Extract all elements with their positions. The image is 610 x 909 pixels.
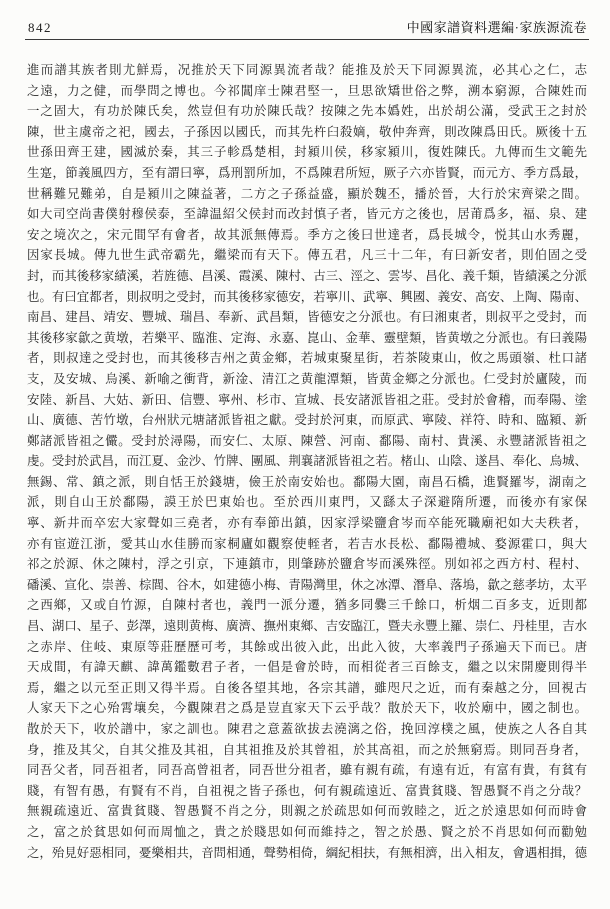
text-line: 派，則自山王於鄱陽，謨王於巴東始也。至於西川東門，又繇太子深避隋所遷，而後亦有家… <box>27 492 587 513</box>
text-line: 之，富之於貧思如何而周恤之，貴之於賤思如何而維持之，智之於愚、賢之於不肖思如何而… <box>27 822 587 843</box>
text-line: 安之境次之，宋元間罕有會者，故其派無傳焉。季方之後曰世達者，爲長城令，悦其山水秀… <box>27 225 587 246</box>
text-line: 生寔，節義風四方，至有謂曰寧，爲刑罰所加，不爲陳君所短，厥子六亦皆賢，而元方、季… <box>27 163 587 184</box>
text-line: 無親疏遠近、富貴貧賤、智愚賢不肖之分，則親之於疏思如何而敦睦之，近之於遠思如何而… <box>27 801 587 822</box>
text-line: 鄭諸派皆祖之儼。受封於潯陽，而安仁、太原、陳營、河南、鄱陽、南村、貴溪、永豐諸派… <box>27 431 587 452</box>
text-line: 封，而其後移家績溪，若旌德、昌溪、霞溪、陳村、古三、涇之、雲岑、昌化、義千類，皆… <box>27 266 587 287</box>
text-line: 山、廣德、苦竹墩，台州狀元塘諸派皆祖之獻。受封於河東，而原武、寧陵、祥符、時和、… <box>27 410 587 431</box>
body-text: 進而譜其族者則尤鮮焉，况推於天下同源異流者哉？能推及於天下同源異流，必其心之仁，… <box>27 60 587 863</box>
book-page: 842 中國家譜資料選編·家族源流卷 進而譜其族者則尤鮮焉，况推於天下同源異流者… <box>0 0 610 909</box>
text-line: 人家天下之心殆霄壤矣，今觀陳君之爲是豈直家天下云乎哉？散於天下，收於廟中，國之制… <box>27 698 587 719</box>
page-number: 842 <box>28 20 52 36</box>
text-line: 賤，有智有愚，有賢有不肖，自祖視之皆子孫也，何有親疏遠近、富貴貧賤、智愚賢不肖之… <box>27 781 587 802</box>
text-line: 身，推及其父，自其父推及其祖，自其祖推及於其曾祖，於其高祖，而之於無窮焉。則同吾… <box>27 740 587 761</box>
text-line: 世稱難兄難弟，自是潁川之陳益著，二方之子孫益盛，顯於魏丕，播於晉，大行於宋齊梁之… <box>27 184 587 205</box>
text-line: 天成間，有諱天麒、諱萬鑑數君子者，一倡是會於時，而相從者三百餘支，繼之以宋開慶則… <box>27 657 587 678</box>
header-rule <box>25 39 589 40</box>
text-line: 南昌、建昌、靖安、豐城、瑞昌、奉新、武昌類，皆德安之分派也。有曰湘東者，則叔平之… <box>27 307 587 328</box>
text-line: 一之固大，有功於陳氏矣，然豈但有功於陳氏哉？按陳之先本嬀姓，出於胡公滿，受武王之… <box>27 101 587 122</box>
text-line: 陳，世主虞帝之祀，國去，子孫因以國氏，而其先杵臼殺嫡，敬仲奔齊，則改陳爲田氏。厥… <box>27 122 587 143</box>
book-title: 中國家譜資料選編·家族源流卷 <box>407 17 587 36</box>
text-line: 焉，繼之以元至正則又得半焉。自後各望其地，各宗其譜，雖咫尺之近，而有秦越之分，回… <box>27 678 587 699</box>
text-line: 者，則叔達之受封也，而其後移吉州之黄金鄉，若城東聚星街，若茶陵東山，攸之馬頭嶺、… <box>27 348 587 369</box>
text-line: 散於天下，收於譜中，家之訓也。陳君之意蓋欲拔去澆漓之俗，挽回淳樸之風，使族之人各… <box>27 719 587 740</box>
text-line: 其後移家歙之黄墩，若樂平、臨淮、定海、永嘉、崑山、金華、靈壁類，皆黄墩之分派也。… <box>27 328 587 349</box>
text-line: 磻溪、宣化、崇善、棕閭、谷木，如建德小梅、青陽灣里，休之冰潭、潛阜、落塢，歙之慈… <box>27 575 587 596</box>
text-line: 同吾父者，同吾祖者，同吾高曾祖者，同吾世分祖者，雖有親有疏，有遠有近，有富有貴，… <box>27 760 587 781</box>
text-line: 之西鄉，又或自竹源，自陳村者也，義門一派分遷，猶多同爨三千餘口，析烟二百多支，近… <box>27 595 587 616</box>
text-line: 世孫田齊王建，國滅於秦，其三子軫爲楚相，封潁川侯，移家潁川，復姓陳氏。九傳而生文… <box>27 142 587 163</box>
text-line: 之遠，力之健，而學問之博也。今祁閶庠士陳君堅一，旦思欲矯世俗之弊，溯本窮源，合陳… <box>27 81 587 102</box>
text-line: 安陸、新昌、大姑、新田、信豐、寧州、杉市、宣城、長安諸派皆祖之莊。受封於會稽，而… <box>27 390 587 411</box>
text-line: 無錫、常、鎮之派，則自恬王於錢塘，儉王於南安始也。鄱陽大園，南昌石橋，進賢羅岑，… <box>27 472 587 493</box>
text-line: 祁之於源、休之陳村，浮之引京，下連鎮市，則肇跡於鹽倉岑而溪殊徑。別如祁之西方村、… <box>27 554 587 575</box>
text-line: 昌、湖口、星子、彭澤，遠則黄梅、廣濟、撫州東鄉、吉安臨江，暨夫永豐上羅、崇仁、丹… <box>27 616 587 637</box>
text-line: 亦有宦遊江浙，愛其山水佳勝而家桐廬如觀察使輊者，若吉水長松、鄱陽禮城、婺源霍口，… <box>27 534 587 555</box>
text-line: 進而譜其族者則尤鮮焉，况推於天下同源異流者哉？能推及於天下同源異流，必其心之仁，… <box>27 60 587 81</box>
text-line: 也。有曰宜都者，則叔明之受封，而其後移家德安，若寧川、武寧、興國、義安、高安、上… <box>27 287 587 308</box>
text-line: 之赤岸、住岐、東原等莊歷歷可考，其餘或出彼入此，出此入彼，大率義門子孫遍天下而已… <box>27 637 587 658</box>
text-line: 寧、新井而卒宏大家聲如三堯者，亦有奉節出鎮，因家浮梁鹽倉岑而卒能死職廟祀如大夫秩… <box>27 513 587 534</box>
text-line: 之，殆見好惡相同，憂樂相共，音問相通，聲勢相倚，綱紀相扶，有無相濟，出入相友，會… <box>27 843 587 864</box>
text-line: 虔。受封於武昌，而江夏、金沙、竹牌、團風、荆襄諸派皆祖之若。楮山、山陰、遂昌、奉… <box>27 451 587 472</box>
page-header: 842 中國家譜資料選編·家族源流卷 <box>28 17 587 36</box>
text-line: 因家長城。傳九世生武帝霸先，繼梁而有天下。傳五君，凡三十二年，有曰新安者，則伯固… <box>27 245 587 266</box>
text-line: 如大司空尚書僕射穆侯泰，至諱温紹父侯封而改封慎子者，皆元方之後也，居莆爲多，福、… <box>27 204 587 225</box>
text-line: 支，及安城、烏溪、新喻之衝背，新淦、清江之黄龍潭類，皆黄金鄉之分派也。仁受封於廬… <box>27 369 587 390</box>
